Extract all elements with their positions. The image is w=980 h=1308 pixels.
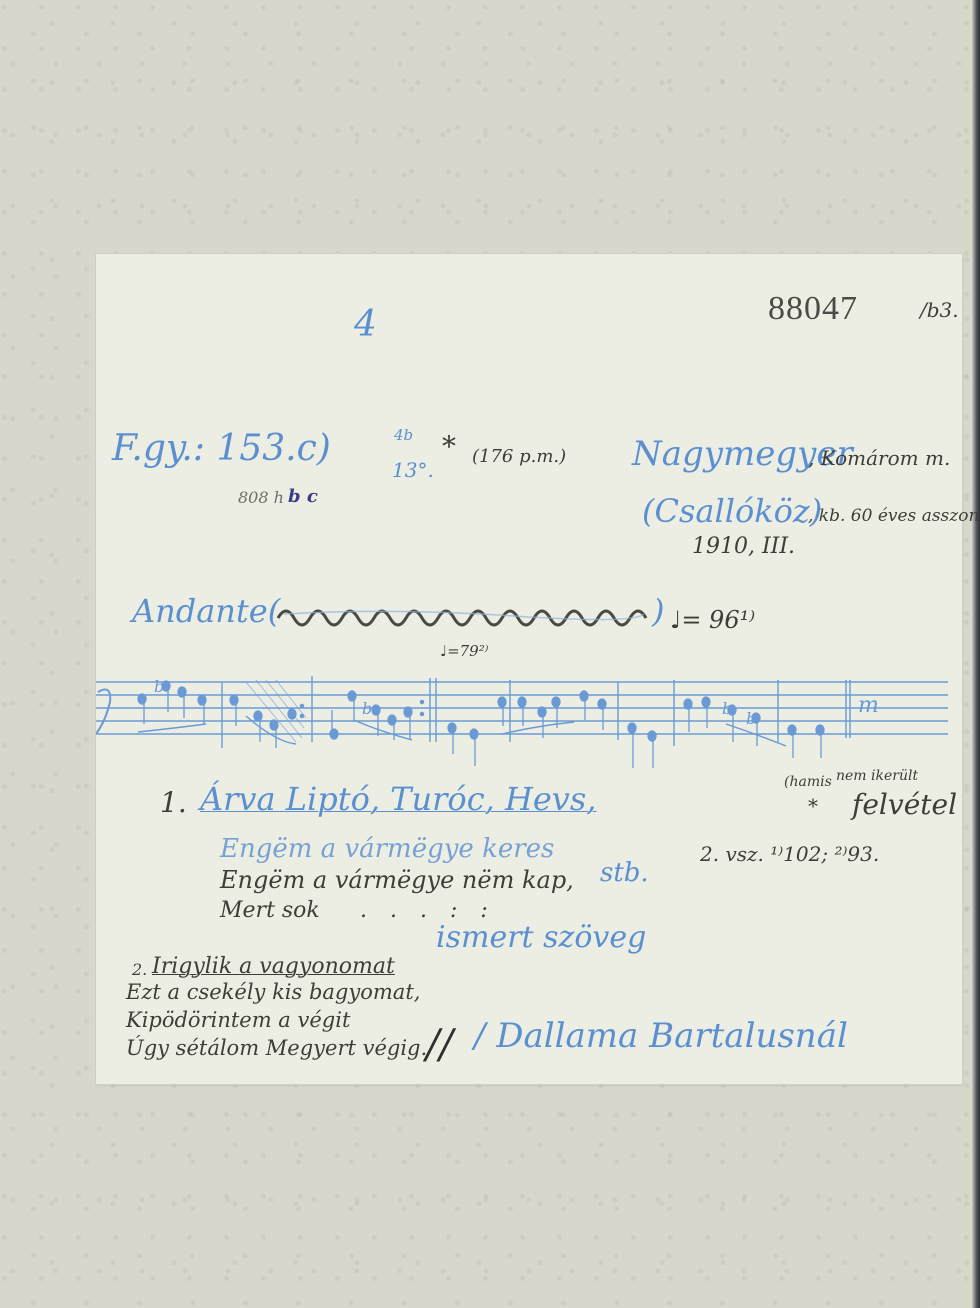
song-card: 88047 /b3. 4 F.gy.: 153.c) 4b 13°. * (17… <box>96 254 962 1084</box>
verse-1-line-2: Engëm a vármëgye keres <box>220 834 554 864</box>
svg-text:b: b <box>362 699 372 718</box>
verse-2-line-3: Kipödörintem a végit <box>126 1008 350 1032</box>
verse-1-line-1: Árva Liptó, Turóc, Hevs, <box>200 780 596 818</box>
svg-text:b: b <box>746 709 756 728</box>
archive-number: 88047 <box>768 290 858 328</box>
metronome-1: ♩= 96¹⁾ <box>670 606 755 634</box>
missing-note: nem ikerült <box>836 768 918 784</box>
fraction-bottom: 13°. <box>392 458 434 482</box>
singer-description: , kb. 60 éves asszony <box>808 506 980 526</box>
music-staff: b b b b m <box>96 662 962 772</box>
variant-reference: 2. vsz. ¹⁾102; ²⁾93. <box>700 842 879 866</box>
card-number: 4 <box>354 304 377 345</box>
svg-text:m: m <box>858 693 879 718</box>
region: (Csallóköz) <box>642 492 822 530</box>
false-note: (hamis <box>784 774 832 790</box>
crossed-out-scribble <box>274 600 654 630</box>
verse-1-line-4: Mert sok <box>220 898 320 923</box>
sub-reference: 808 h <box>238 488 284 507</box>
verse-2-line-1: Irigylik a vagyonomat <box>152 954 395 979</box>
verse-2-line-4: Úgy sétálom Megyert végig. <box>126 1036 427 1060</box>
sub-reference-ink: b c <box>288 486 318 507</box>
recording-date: 1910, III. <box>692 534 795 559</box>
fraction-top: 4b <box>394 426 413 444</box>
metronome-2: ♩=79²⁾ <box>440 642 488 660</box>
recording-note: felvétel <box>852 788 957 821</box>
verse-1-line-3: Engëm a vármëgye nëm kap, <box>220 866 574 894</box>
verse-2-number: 2. <box>132 960 147 979</box>
separator-slashes: // <box>426 1022 453 1068</box>
tempo-closing: ) <box>652 592 664 630</box>
star-mark: * <box>442 430 456 463</box>
county: , Komárom m. <box>808 446 950 470</box>
archive-suffix: /b3. <box>920 298 959 322</box>
note-star: * <box>808 794 818 818</box>
verse-1-etc: stb. <box>600 858 649 888</box>
verse-2-line-2: Ezt a csekély kis bagyomat, <box>126 980 420 1004</box>
svg-text:b: b <box>154 677 164 696</box>
melody-source-note: / Dallama Bartalusnál <box>474 1016 848 1056</box>
scan-edge <box>972 0 980 1308</box>
tempo-marking: Andante( <box>132 592 280 630</box>
svg-text:b: b <box>722 699 732 718</box>
verse-1-number: 1. <box>160 786 187 819</box>
page-reference: (176 p.m.) <box>472 446 566 467</box>
fonograph-reference: F.gy.: 153.c) <box>112 428 331 469</box>
known-text-annotation: ismert szöveg <box>436 920 646 955</box>
